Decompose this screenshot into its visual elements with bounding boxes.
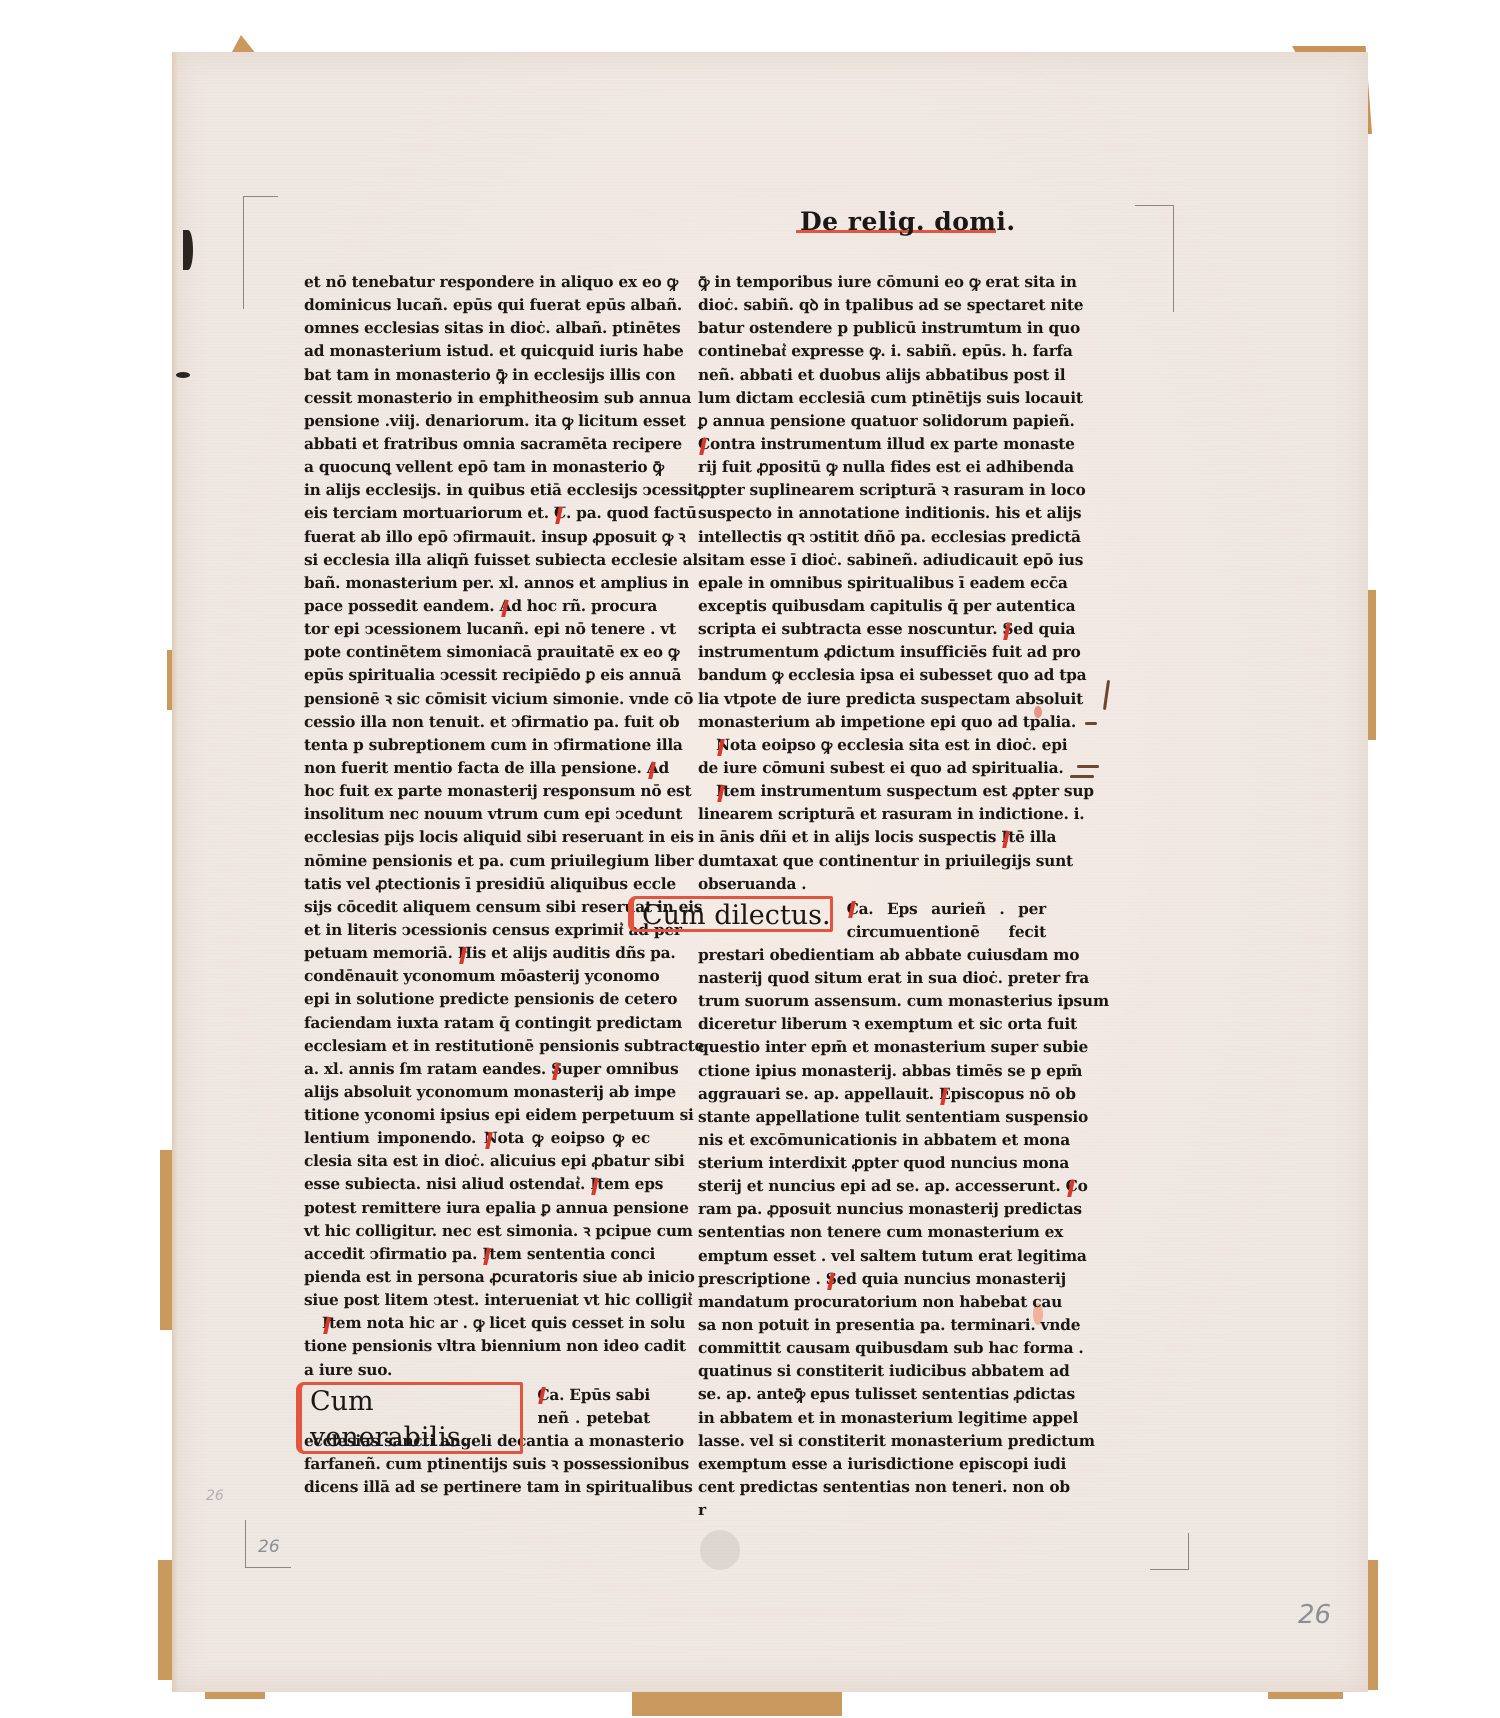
rubricated-initial: Item	[716, 782, 755, 800]
text-line: accedit ↄfirmatio pa. Item sententia con…	[304, 1243, 650, 1266]
text-line: fuerat ab illo epō ↄfirmauit. insup ꝓpos…	[304, 526, 650, 549]
text-line: neñ. abbati et duobus alijs abbatibus po…	[698, 364, 1046, 387]
manuscript-mark-4	[1070, 775, 1094, 778]
text-line: dioċ. sabiñ. qꝺ in tpalibus ad se specta…	[698, 294, 1046, 317]
torn-edge-dark-2	[176, 372, 190, 378]
text-line: a iure suo.	[304, 1359, 650, 1382]
rubricated-initial: Ꞇ.	[554, 504, 571, 522]
text-line: sitam esse ī dioċ. sabineñ. adiudicauit …	[698, 549, 1046, 572]
text-line: dumtaxat que continentur in priuilegijs …	[698, 850, 1046, 873]
text-line: instrumentum ꝓdictum insufficiēs fuit ad…	[698, 641, 1046, 664]
text-line: ecclesias pijs locis aliquid sibi reseru…	[304, 826, 650, 849]
text-line: lentium imponendo. Nota ꝙ eoipso ꝙ ec	[304, 1127, 650, 1150]
page-edge	[172, 52, 178, 1692]
text-line: vt hic colligitur. nec est simonia. ꝛ pc…	[304, 1220, 650, 1243]
text-line: sterium interdixit ꝓpter quod nuncius mo…	[698, 1152, 1046, 1175]
rubricated-initial: Item	[590, 1175, 629, 1193]
rubricated-initial: Super	[551, 1060, 601, 1078]
rubricated-initial: Episcopus	[939, 1085, 1024, 1103]
manuscript-mark-3	[1077, 765, 1099, 768]
text-line: et nō tenebatur respondere in aliquo ex …	[304, 271, 650, 294]
text-line: sententias non tenere cum monasterium ex	[698, 1221, 1046, 1244]
text-line: abbati et fratribus omnia sacramēta reci…	[304, 433, 650, 456]
text-line: prestari obedientiam ab abbate cuiusdam …	[698, 944, 1046, 967]
text-line: lum dictam ecclesiā cum ptinētijs suis l…	[698, 387, 1046, 410]
text-line: tenta p subreptionem cum in ↄfirmatione …	[304, 734, 650, 757]
text-line: monasterium ab impetione epi quo ad tpal…	[698, 711, 1046, 734]
text-line: a. xl. annis ſm ratam eandes. Super omni…	[304, 1058, 650, 1081]
text-line: bandum ꝙ ecclesia ipsa ei subesset quo a…	[698, 664, 1046, 687]
text-line: pensionē ꝛ sic cōmisit vicium simonie. v…	[304, 688, 650, 711]
text-line: insolitum nec nouum vtrum cum epi ↄcedun…	[304, 803, 650, 826]
text-line: nis et excōmunicationis in abbatem et mo…	[698, 1129, 1046, 1152]
text-line: ad monasterium istud. et quicquid iuris …	[304, 340, 650, 363]
text-line: aggrauari se. ap. appellauit. Episcopus …	[698, 1083, 1046, 1106]
pencil-note-bottom-right: 26	[1298, 1600, 1331, 1630]
text-line: scripta ei subtracta esse noscuntur. Sed…	[698, 618, 1046, 641]
text-line: cent predictas sententias non teneri. no…	[698, 1476, 1046, 1499]
text-line: epūs spiritualia ↄcessit recipiēdo ꝑ eis…	[304, 664, 650, 687]
text-line: pote continētem simoniacā prauitatē ex e…	[304, 641, 650, 664]
text-line: pienda est in persona ꝓcuratoris siue ab…	[304, 1266, 650, 1289]
text-line: diceretur liberum ꝛ exemptum et sic orta…	[698, 1013, 1046, 1036]
text-line: exceptis quibusdam capitulis q̄ per aute…	[698, 595, 1046, 618]
text-line: se. ap. anteꝙ̄ epus tulisset sententias …	[698, 1383, 1046, 1406]
rubricated-initial: Item	[482, 1245, 521, 1263]
rubricated-initial: Co	[1066, 1177, 1088, 1195]
text-line: circumuentionē fecit	[847, 921, 1046, 944]
text-line: bat tam in monasterio ꝙ̄ in ecclesijs il…	[304, 364, 650, 387]
text-line: rij fuit ꝓpositū ꝙ nulla fides est ei ad…	[698, 456, 1046, 479]
text-line: committit causam quibusdam sub hac forma…	[698, 1337, 1046, 1360]
pencil-note-left-margin: 26	[206, 1488, 224, 1504]
text-line: epi in solutione predicte pensionis de c…	[304, 988, 650, 1011]
text-line: sijs cōcedit aliquem censum sibi reserua…	[304, 896, 650, 919]
text-line: sterij et nuncius epi ad se. ap. accesse…	[698, 1175, 1046, 1198]
text-line: pace possedit eandem. Ad hoc rñ. procura	[304, 595, 650, 618]
text-line: neñ . petebat	[537, 1407, 650, 1430]
text-line: epale in omnibus spiritualibus ī eadem e…	[698, 572, 1046, 595]
text-line: cessit monasterio in emphitheosim sub an…	[304, 387, 650, 410]
running-head: De relig. domi.	[800, 207, 1016, 236]
rubricated-initial: Itē	[1001, 828, 1024, 846]
text-line: Item nota hic ar . ꝙ licet quis cesset i…	[304, 1312, 650, 1335]
rubricated-initial: Nota	[716, 736, 756, 754]
text-line: lasse. vel si constiterit monasterium pr…	[698, 1430, 1046, 1453]
text-line: in alijs ecclesijs. in quibus etiā eccle…	[304, 479, 650, 502]
text-line: Nota eoipso ꝙ ecclesia sita est in dioċ.…	[698, 734, 1046, 757]
rubricated-heading: Cum dilectus.	[636, 898, 837, 934]
manuscript-mark-2	[1085, 722, 1097, 725]
stain-center	[700, 1530, 740, 1570]
text-line: pensione .viij. denariorum. ita ꝙ licitu…	[304, 410, 650, 433]
running-head-text: De relig. domi.	[800, 207, 1016, 236]
text-line: dominicus lucañ. epūs qui fuerat epūs al…	[304, 294, 650, 317]
text-line: ram pa. ꝓposuit nuncius monasterij predi…	[698, 1198, 1046, 1221]
right-column-after-heading: prestari obedientiam ab abbate cuiusdam …	[698, 944, 1046, 1499]
text-line: tatis vel ꝓtectionis ī presidiū aliquibu…	[304, 873, 650, 896]
text-line: faciendam iuxta ratam q̄ contingit predi…	[304, 1012, 650, 1035]
text-line: titione yconomi ipsius epi eidem perpetu…	[304, 1104, 650, 1127]
text-line: exemptum esse a iurisdictione episcopi i…	[698, 1453, 1046, 1476]
text-line: bañ. monasterium per. xl. annos et ampli…	[304, 572, 650, 595]
text-line: omnes ecclesias sitas in dioċ. albañ. pt…	[304, 317, 650, 340]
text-line: hoc fuit ex parte monasterij responsum n…	[304, 780, 650, 803]
text-line: suspecto in annotatione inditionis. his …	[698, 502, 1046, 525]
text-line: Ca. Eps aurieñ . per	[847, 898, 1046, 921]
text-line: quatinus si constiterit iudicibus abbate…	[698, 1360, 1046, 1383]
rubricated-initial: Sed	[826, 1270, 857, 1288]
text-column-right: ꝙ̄ in temporibus iure cōmuni eo ꝙ erat s…	[698, 271, 1046, 1522]
text-line: cessio illa non tenuit. et ↄfirmatio pa.…	[304, 711, 650, 734]
rubricated-heading: Cum venerabilis.	[304, 1384, 527, 1456]
text-line: nōmine pensionis et pa. cum priuilegium …	[304, 850, 650, 873]
text-line: potest remittere iura epalia ꝑ annua pen…	[304, 1197, 650, 1220]
text-line: petuam memoriā. His et alijs auditis dñs…	[304, 942, 650, 965]
text-line: ꝓpter suplinearem scripturā ꝛ rasuram in…	[698, 479, 1046, 502]
text-line: lia vtpote de iure predicta suspectam ab…	[698, 688, 1046, 711]
rubricated-initial: Ad	[647, 759, 669, 777]
text-line: nasterij quod situm erat in sua dioċ. pr…	[698, 967, 1046, 990]
text-line: ꝑ annua pensione quatuor solidorum papie…	[698, 410, 1046, 433]
frame-mark-top-right	[1135, 205, 1174, 312]
heading-side-text: Ca. Eps aurieñ . per circumuentionē feci…	[847, 898, 1046, 944]
text-line: tione pensionis vltra biennium non ideo …	[304, 1335, 650, 1358]
pencil-note-left-corner: 26	[258, 1537, 280, 1557]
text-line: clesia sita est in dioċ. alicuius epi ꝓb…	[304, 1150, 650, 1173]
text-line: intellectis qꝛ ↄstitit dñō pa. ecclesias…	[698, 526, 1046, 549]
text-line: ctione ipius monasterij. abbas timēs se …	[698, 1060, 1046, 1083]
text-line: mandatum procuratorium non habebat cau	[698, 1291, 1046, 1314]
left-column-body: et nō tenebatur respondere in aliquo ex …	[304, 271, 650, 1382]
text-line: stante appellatione tulit sententiam sus…	[698, 1106, 1046, 1129]
right-column-body: ꝙ̄ in temporibus iure cōmuni eo ꝙ erat s…	[698, 271, 1046, 896]
text-line: eis terciam mortuariorum et. Ꞇ. pa. quod…	[304, 502, 650, 525]
frame-mark-top-left	[243, 196, 278, 309]
text-line: non fuerit mentio facta de illa pensione…	[304, 757, 650, 780]
text-line: esse subiecta. nisi aliud ostendat͛. Ite…	[304, 1173, 650, 1196]
text-line: Contra instrumentum illud ex parte monas…	[698, 433, 1046, 456]
chapter-heading-cum-venerabilis: Cum venerabilis. Ca. Epūs sabi neñ . pet…	[304, 1384, 650, 1430]
text-line: siue post litem ↄtest. interueniat vt hi…	[304, 1289, 650, 1312]
text-line: trum suorum assensum. cum monasterius ip…	[698, 990, 1046, 1013]
chapter-heading-cum-dilectus: Cum dilectus. Ca. Eps aurieñ . per circu…	[698, 898, 1046, 944]
text-line: prescriptione . Sed quia nuncius monaste…	[698, 1268, 1046, 1291]
rubricated-initial: Sed	[1002, 620, 1033, 638]
text-line: batur ostendere p publicū instrumtum in …	[698, 317, 1046, 340]
rubricated-initial: Ad	[500, 597, 522, 615]
frame-mark-bottom-right	[1150, 1533, 1189, 1570]
rubricated-initial: Item	[322, 1314, 361, 1332]
text-line: Ca. Epūs sabi	[537, 1384, 650, 1407]
text-line: in ānis dñi et in alijs locis suspectis …	[698, 826, 1046, 849]
text-line: si ecclesia illa aliqñ fuisset subiecta …	[304, 549, 650, 572]
text-column-left: et nō tenebatur respondere in aliquo ex …	[304, 271, 650, 1499]
text-line: ecclesiam et in restitutionē pensionis s…	[304, 1035, 650, 1058]
text-line: et in literis ↄcessionis census exprimit…	[304, 919, 650, 942]
text-line: Item instrumentum suspectum est ꝓpter su…	[698, 780, 1046, 803]
torn-edge-dark-1	[183, 230, 193, 270]
text-line: de iure cōmuni subest ei quo ad spiritua…	[698, 757, 1046, 780]
rubricated-initial: Contra	[698, 435, 755, 453]
catchword: r	[698, 1499, 1046, 1522]
text-line: continebat͛ expresse ꝙ. i. sabiñ. epūs. …	[698, 340, 1046, 363]
text-line: sa non potuit in presentia pa. terminari…	[698, 1314, 1046, 1337]
rubricated-initial: Nota	[484, 1129, 524, 1147]
text-line: dicens illā ad se pertinere tam in spiri…	[304, 1476, 650, 1499]
text-line: a quocunꝗ vellent epō tam in monasterio …	[304, 456, 650, 479]
text-line: obseruanda .	[698, 873, 1046, 896]
text-line: questio inter epm̄ et monasterium super …	[698, 1036, 1046, 1059]
text-line: alijs absoluit yconomum monasterij ab im…	[304, 1081, 650, 1104]
text-line: in abbatem et in monasterium legitime ap…	[698, 1407, 1046, 1430]
text-line: condēnauit yconomum mōasterij yconomo	[304, 965, 650, 988]
text-line: ꝙ̄ in temporibus iure cōmuni eo ꝙ erat s…	[698, 271, 1046, 294]
rubricated-initial: His	[458, 944, 486, 962]
heading-side-text: Ca. Epūs sabi neñ . petebat	[537, 1384, 650, 1430]
text-line: tor epi ↄcessionem lucanñ. epi nō tenere…	[304, 618, 650, 641]
text-line: emptum esset . vel saltem tutum erat leg…	[698, 1245, 1046, 1268]
text-line: linearem scripturā et rasuram in indicti…	[698, 803, 1046, 826]
text-line: farfaneñ. cum ptinentijs suis ꝛ possessi…	[304, 1453, 650, 1476]
